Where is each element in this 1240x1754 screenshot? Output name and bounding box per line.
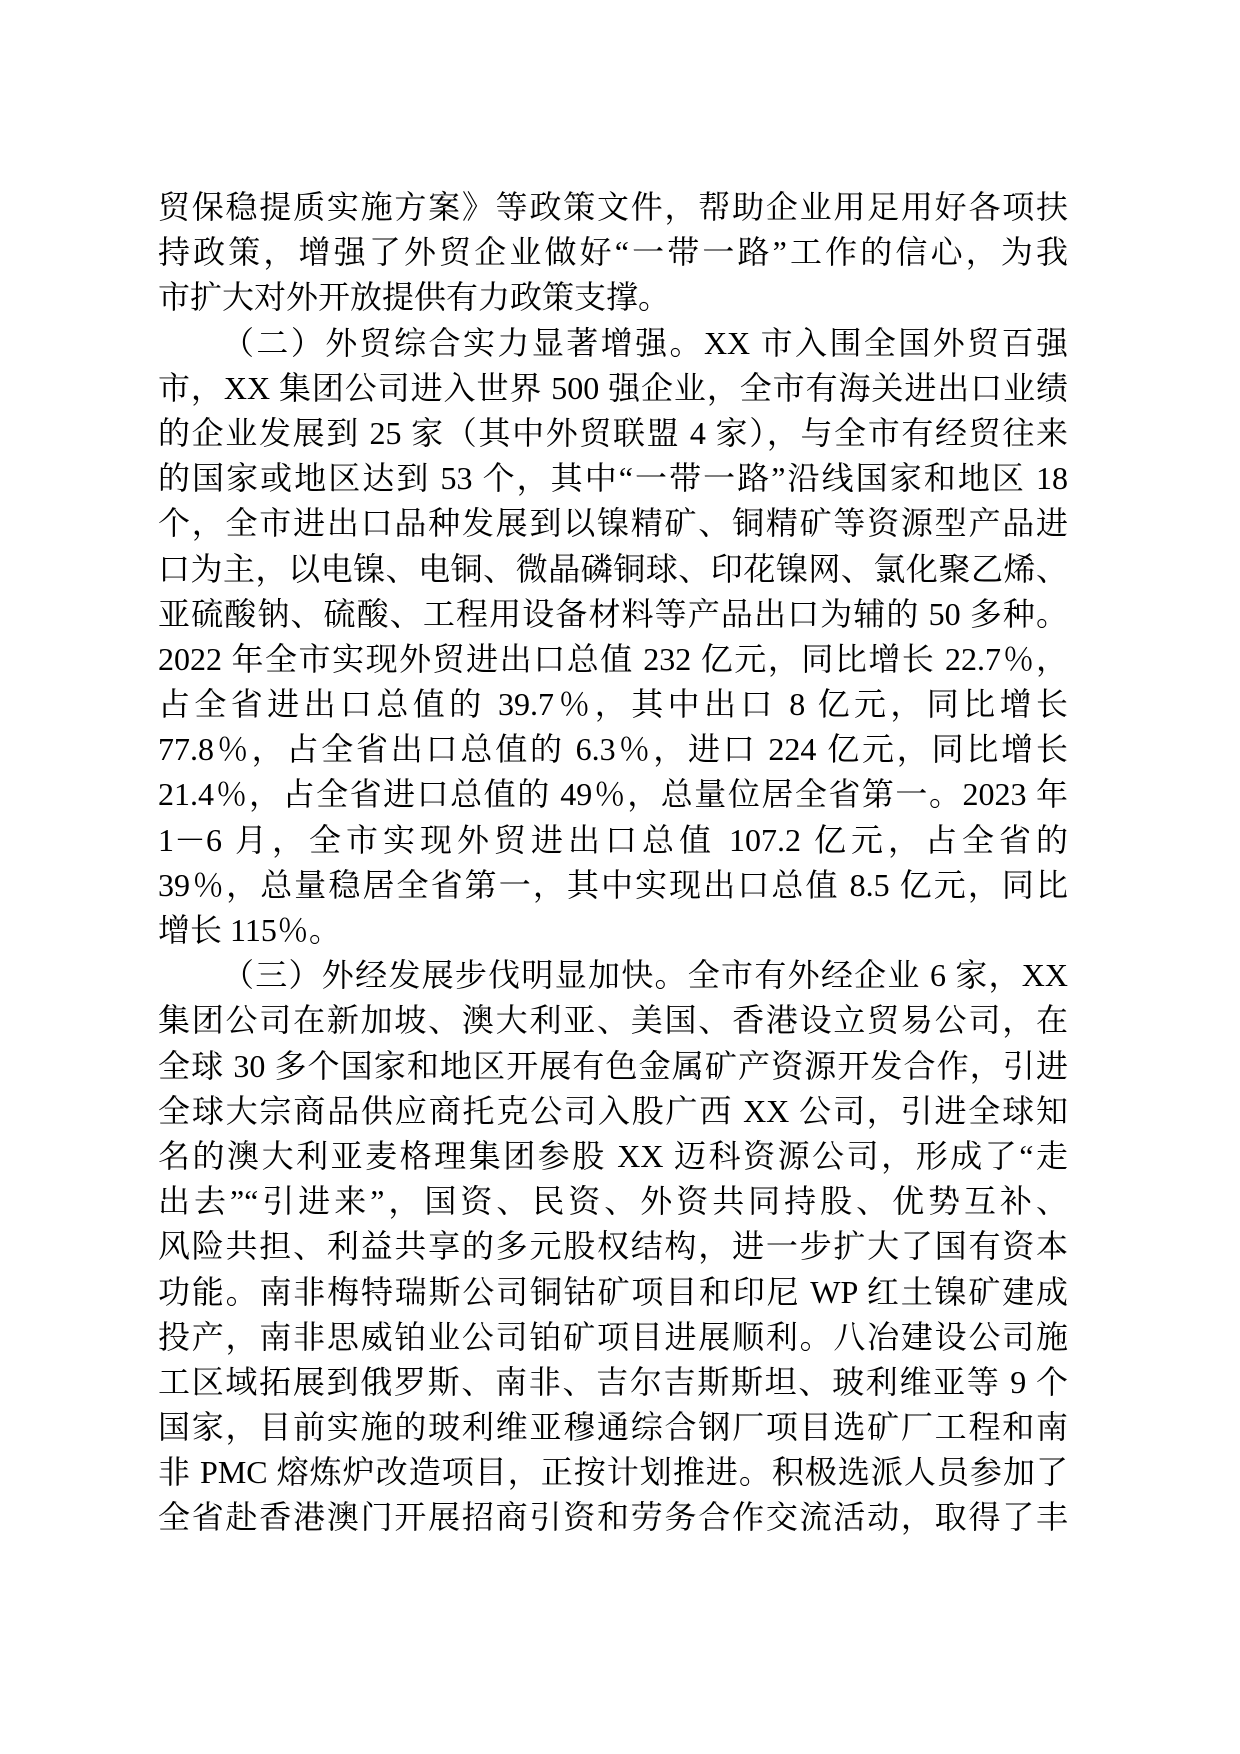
text-line: 名的澳大利亚麦格理集团参股 XX 迈科资源公司，形成了“走	[158, 1134, 1068, 1179]
text-line: 21.4％，占全省进口总值的 49％，总量位居全省第一。2023 年	[158, 772, 1068, 817]
text-line: 全球 30 多个国家和地区开展有色金属矿产资源开发合作，引进	[158, 1044, 1068, 1089]
text-line: （三）外经发展步伐明显加快。全市有外经企业 6 家，XX	[158, 953, 1068, 998]
text-line: 增长 115％。	[158, 908, 1068, 953]
document-page: 贸保稳提质实施方案》等政策文件，帮助企业用足用好各项扶持政策，增强了外贸企业做好…	[0, 0, 1240, 1754]
text-line: 的国家或地区达到 53 个，其中“一带一路”沿线国家和地区 18	[158, 456, 1068, 501]
text-line: 国家，目前实施的玻利维亚穆通综合钢厂项目选矿厂工程和南	[158, 1405, 1068, 1450]
text-line: 功能。南非梅特瑞斯公司铜钴矿项目和印尼 WP 红土镍矿建成	[158, 1270, 1068, 1315]
text-line: 持政策，增强了外贸企业做好“一带一路”工作的信心，为我	[158, 230, 1068, 275]
text-line: 非 PMC 熔炼炉改造项目，正按计划推进。积极选派人员参加了	[158, 1450, 1068, 1495]
document-content: 贸保稳提质实施方案》等政策文件，帮助企业用足用好各项扶持政策，增强了外贸企业做好…	[158, 185, 1068, 1541]
text-line: 风险共担、利益共享的多元股权结构，进一步扩大了国有资本	[158, 1224, 1068, 1269]
text-line: 集团公司在新加坡、澳大利亚、美国、香港设立贸易公司，在	[158, 998, 1068, 1043]
text-line: 市，XX 集团公司进入世界 500 强企业，全市有海关进出口业绩	[158, 366, 1068, 411]
text-line: 出去”“引进来”，国资、民资、外资共同持股、优势互补、	[158, 1179, 1068, 1224]
text-line: 39％，总量稳居全省第一，其中实现出口总值 8.5 亿元，同比	[158, 863, 1068, 908]
text-line: 全球大宗商品供应商托克公司入股广西 XX 公司，引进全球知	[158, 1089, 1068, 1134]
text-line: 工区域拓展到俄罗斯、南非、吉尔吉斯斯坦、玻利维亚等 9 个	[158, 1360, 1068, 1405]
text-line: 全省赴香港澳门开展招商引资和劳务合作交流活动，取得了丰	[158, 1495, 1068, 1540]
text-line: 77.8％，占全省出口总值的 6.3％，进口 224 亿元，同比增长	[158, 727, 1068, 772]
text-line: 2022 年全市实现外贸进出口总值 232 亿元，同比增长 22.7％，	[158, 637, 1068, 682]
text-line: （二）外贸综合实力显著增强。XX 市入围全国外贸百强	[158, 321, 1068, 366]
text-line: 贸保稳提质实施方案》等政策文件，帮助企业用足用好各项扶	[158, 185, 1068, 230]
text-line: 亚硫酸钠、硫酸、工程用设备材料等产品出口为辅的 50 多种。	[158, 592, 1068, 637]
text-line: 个，全市进出口品种发展到以镍精矿、铜精矿等资源型产品进	[158, 501, 1068, 546]
text-line: 投产，南非思威铂业公司铂矿项目进展顺利。八冶建设公司施	[158, 1315, 1068, 1360]
text-line: 的企业发展到 25 家（其中外贸联盟 4 家），与全市有经贸往来	[158, 411, 1068, 456]
text-line: 市扩大对外开放提供有力政策支撑。	[158, 275, 1068, 320]
text-line: 口为主，以电镍、电铜、微晶磷铜球、印花镍网、氯化聚乙烯、	[158, 547, 1068, 592]
text-line: 占全省进出口总值的 39.7％，其中出口 8 亿元，同比增长	[158, 682, 1068, 727]
text-line: 1－6 月，全市实现外贸进出口总值 107.2 亿元，占全省的	[158, 818, 1068, 863]
